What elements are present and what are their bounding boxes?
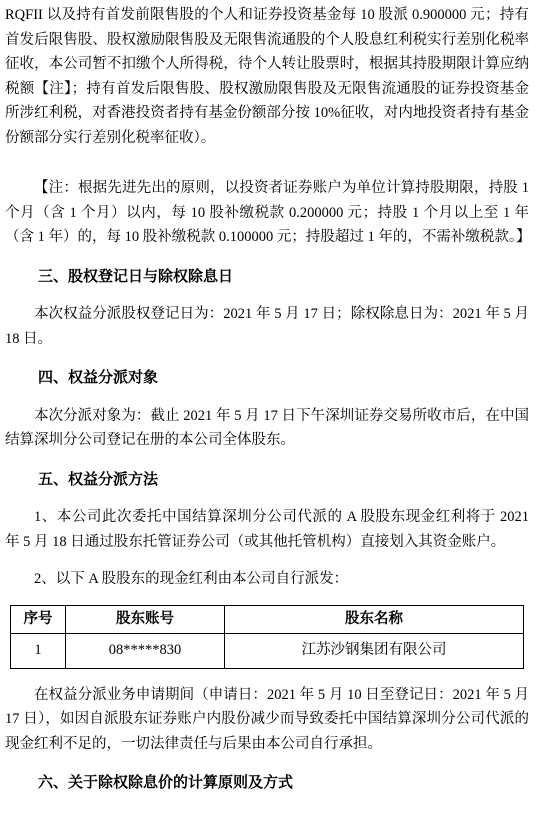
section-5-item-2: 2、以下 A 股股东的现金红利由本公司自行派发： [5, 567, 529, 592]
tax-note-paragraph: 【注：根据先进先出的原则，以投资者证券账户为单位计算持股期限，持股 1 个月（含… [5, 176, 529, 250]
section-3-heading: 三、股权登记日与除权除息日 [5, 265, 529, 290]
section-5-item-1: 1、本公司此次委托中国结算深圳分公司代派的 A 股股东现金红利将于 2021 年… [5, 505, 529, 554]
table-header-seq: 序号 [11, 605, 66, 633]
table-cell-account: 08*****830 [66, 633, 225, 668]
table-header-row: 序号 股东账号 股东名称 [11, 605, 524, 633]
table-row: 1 08*****830 江苏沙钢集团有限公司 [11, 633, 524, 668]
table-header-account: 股东账号 [66, 605, 225, 633]
section-4-body: 本次分派对象为：截止 2021 年 5 月 17 日下午深圳证券交易所收市后，在… [5, 404, 529, 453]
table-cell-seq: 1 [11, 633, 66, 668]
section-5-heading: 五、权益分派方法 [5, 468, 529, 493]
intro-paragraph: RQFII 以及持有首发前限售股的个人和证券投资基金每 10 股派 0.9000… [5, 3, 529, 150]
section-3-body: 本次权益分派股权登记日为：2021 年 5 月 17 日；除权除息日为：2021… [5, 302, 529, 351]
self-distribution-table: 序号 股东账号 股东名称 1 08*****830 江苏沙钢集团有限公司 [10, 605, 524, 669]
table-header-holder-name: 股东名称 [225, 605, 524, 633]
section-4-heading: 四、权益分派对象 [5, 366, 529, 391]
document-page: RQFII 以及持有首发前限售股的个人和证券投资基金每 10 股派 0.9000… [0, 0, 537, 827]
section-5-item-3: 在权益分派业务申请期间（申请日：2021 年 5 月 10 日至登记日：2021… [5, 683, 529, 757]
section-6-heading: 六、关于除权除息价的计算原则及方式 [5, 771, 529, 796]
table-cell-holder-name: 江苏沙钢集团有限公司 [225, 633, 524, 668]
